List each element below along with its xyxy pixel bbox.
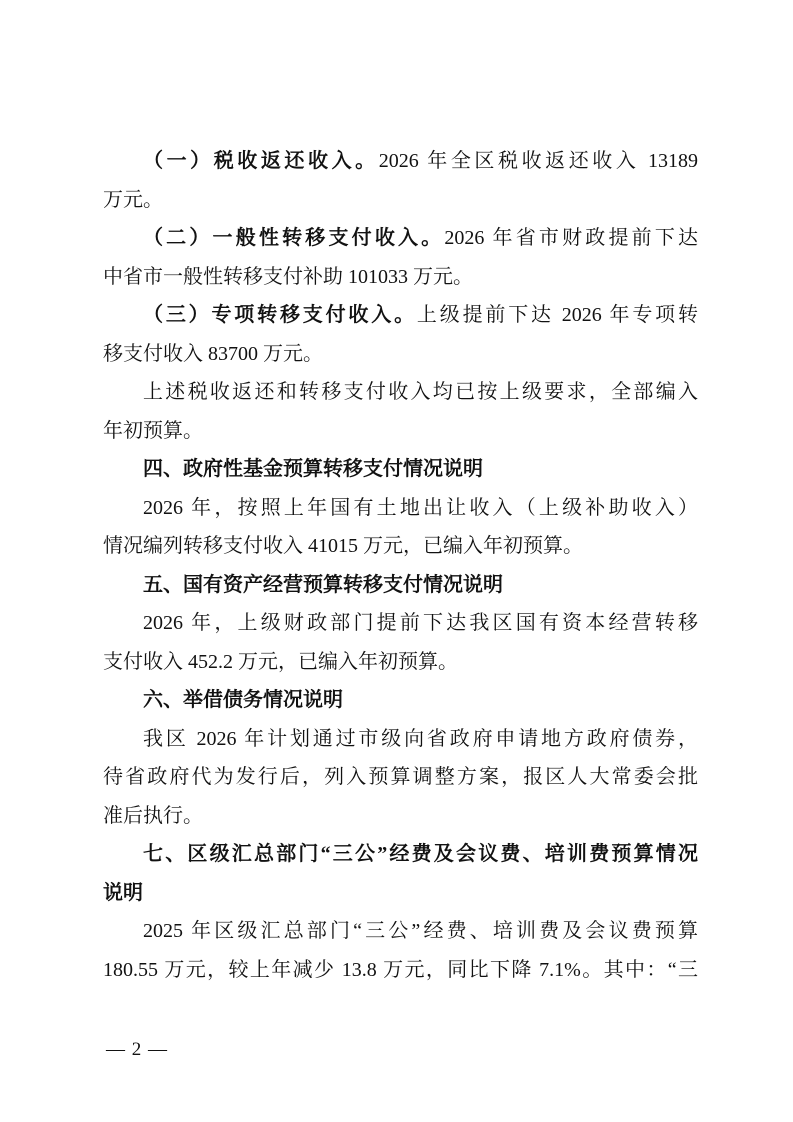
body-text: 年初预算。	[103, 420, 203, 442]
para-tax-rebate-income: （一）税收返还收入。2026 年全区税收返还收入 13189万元。	[103, 142, 698, 219]
para-state-capital-transfer: 2026 年，上级财政部门提前下达我区国有资本经营转移支付收入 452.2 万元…	[103, 604, 698, 681]
text-line: 情况编列转移支付收入 41015 万元，已编入年初预算。	[103, 527, 698, 566]
text-line: 六、举借债务情况说明	[103, 681, 698, 720]
text-line: 七、区级汇总部门“三公”经费及会议费、培训费预算情况	[103, 835, 698, 874]
text-line: 2026 年，按照上年国有土地出让收入（上级补助收入）	[103, 489, 698, 528]
body-text: 万元。	[103, 189, 163, 211]
text-line: （二）一般性转移支付收入。2026 年省市财政提前下达	[103, 219, 698, 258]
body-text: 2026 年全区税收返还收入 13189	[379, 150, 698, 172]
text-line: 说明	[103, 874, 698, 913]
text-line: 移支付收入 83700 万元。	[103, 335, 698, 374]
heading-section-6: 六、举借债务情况说明	[103, 681, 698, 720]
bold-text: （一）税收返还收入。	[143, 150, 379, 172]
body-text: 2026 年，按照上年国有土地出让收入（上级补助收入）	[143, 497, 698, 519]
body-text: 中省市一般性转移支付补助 101033 万元。	[103, 266, 473, 288]
body-text: 我区 2026 年计划通过市级向省政府申请地方政府债券，	[143, 728, 698, 750]
text-line: 准后执行。	[103, 797, 698, 836]
body-text: 准后执行。	[103, 805, 203, 827]
text-line: 我区 2026 年计划通过市级向省政府申请地方政府债券，	[103, 720, 698, 759]
body-text: 移支付收入 83700 万元。	[103, 343, 323, 365]
text-line: 180.55 万元，较上年减少 13.8 万元，同比下降 7.1%。其中：“三	[103, 951, 698, 990]
text-line: （一）税收返还收入。2026 年全区税收返还收入 13189	[103, 142, 698, 181]
para-govt-fund-transfer: 2026 年，按照上年国有土地出让收入（上级补助收入）情况编列转移支付收入 41…	[103, 489, 698, 566]
body-text: 2026 年省市财政提前下达	[444, 227, 698, 249]
body-text: 2026 年，上级财政部门提前下达我区国有资本经营转移	[143, 612, 698, 634]
text-line: （三）专项转移支付收入。上级提前下达 2026 年专项转	[103, 296, 698, 335]
document-body: （一）税收返还收入。2026 年全区税收返还收入 13189万元。（二）一般性转…	[103, 142, 698, 989]
bold-text: 七、区级汇总部门“三公”经费及会议费、培训费预算情况	[143, 843, 698, 865]
para-sangong-budget: 2025 年区级汇总部门“三公”经费、培训费及会议费预算180.55 万元，较上…	[103, 912, 698, 989]
heading-section-5: 五、国有资产经营预算转移支付情况说明	[103, 566, 698, 605]
bold-text: 六、举借债务情况说明	[143, 689, 343, 711]
body-text: 上述税收返还和转移支付收入均已按上级要求，全部编入	[143, 381, 698, 403]
text-line: 待省政府代为发行后，列入预算调整方案，报区人大常委会批	[103, 758, 698, 797]
text-line: 支付收入 452.2 万元，已编入年初预算。	[103, 643, 698, 682]
body-text: 180.55 万元，较上年减少 13.8 万元，同比下降 7.1%。其中：“三	[103, 959, 698, 981]
body-text: 情况编列转移支付收入 41015 万元，已编入年初预算。	[103, 535, 583, 557]
para-special-transfer-income: （三）专项转移支付收入。上级提前下达 2026 年专项转移支付收入 83700 …	[103, 296, 698, 373]
text-line: 年初预算。	[103, 412, 698, 451]
body-text: 2025 年区级汇总部门“三公”经费、培训费及会议费预算	[143, 920, 698, 942]
para-debt: 我区 2026 年计划通过市级向省政府申请地方政府债券，待省政府代为发行后，列入…	[103, 720, 698, 836]
para-transfer-summary: 上述税收返还和转移支付收入均已按上级要求，全部编入年初预算。	[103, 373, 698, 450]
text-line: 上述税收返还和转移支付收入均已按上级要求，全部编入	[103, 373, 698, 412]
bold-text: （二）一般性转移支付收入。	[143, 227, 444, 249]
text-line: 中省市一般性转移支付补助 101033 万元。	[103, 258, 698, 297]
heading-section-7: 七、区级汇总部门“三公”经费及会议费、培训费预算情况说明	[103, 835, 698, 912]
text-line: 五、国有资产经营预算转移支付情况说明	[103, 566, 698, 605]
text-line: 2026 年，上级财政部门提前下达我区国有资本经营转移	[103, 604, 698, 643]
para-general-transfer-income: （二）一般性转移支付收入。2026 年省市财政提前下达中省市一般性转移支付补助 …	[103, 219, 698, 296]
text-line: 2025 年区级汇总部门“三公”经费、培训费及会议费预算	[103, 912, 698, 951]
page: （一）税收返还收入。2026 年全区税收返还收入 13189万元。（二）一般性转…	[0, 0, 793, 1122]
text-line: 万元。	[103, 181, 698, 220]
bold-text: 四、政府性基金预算转移支付情况说明	[143, 458, 483, 480]
bold-text: （三）专项转移支付收入。	[143, 304, 417, 326]
body-text: 支付收入 452.2 万元，已编入年初预算。	[103, 651, 458, 673]
page-number: — 2 —	[106, 1036, 168, 1064]
body-text: 上级提前下达 2026 年专项转	[417, 304, 698, 326]
bold-text: 说明	[103, 882, 143, 904]
body-text: 待省政府代为发行后，列入预算调整方案，报区人大常委会批	[103, 766, 698, 788]
bold-text: 五、国有资产经营预算转移支付情况说明	[143, 574, 503, 596]
heading-section-4: 四、政府性基金预算转移支付情况说明	[103, 450, 698, 489]
text-line: 四、政府性基金预算转移支付情况说明	[103, 450, 698, 489]
